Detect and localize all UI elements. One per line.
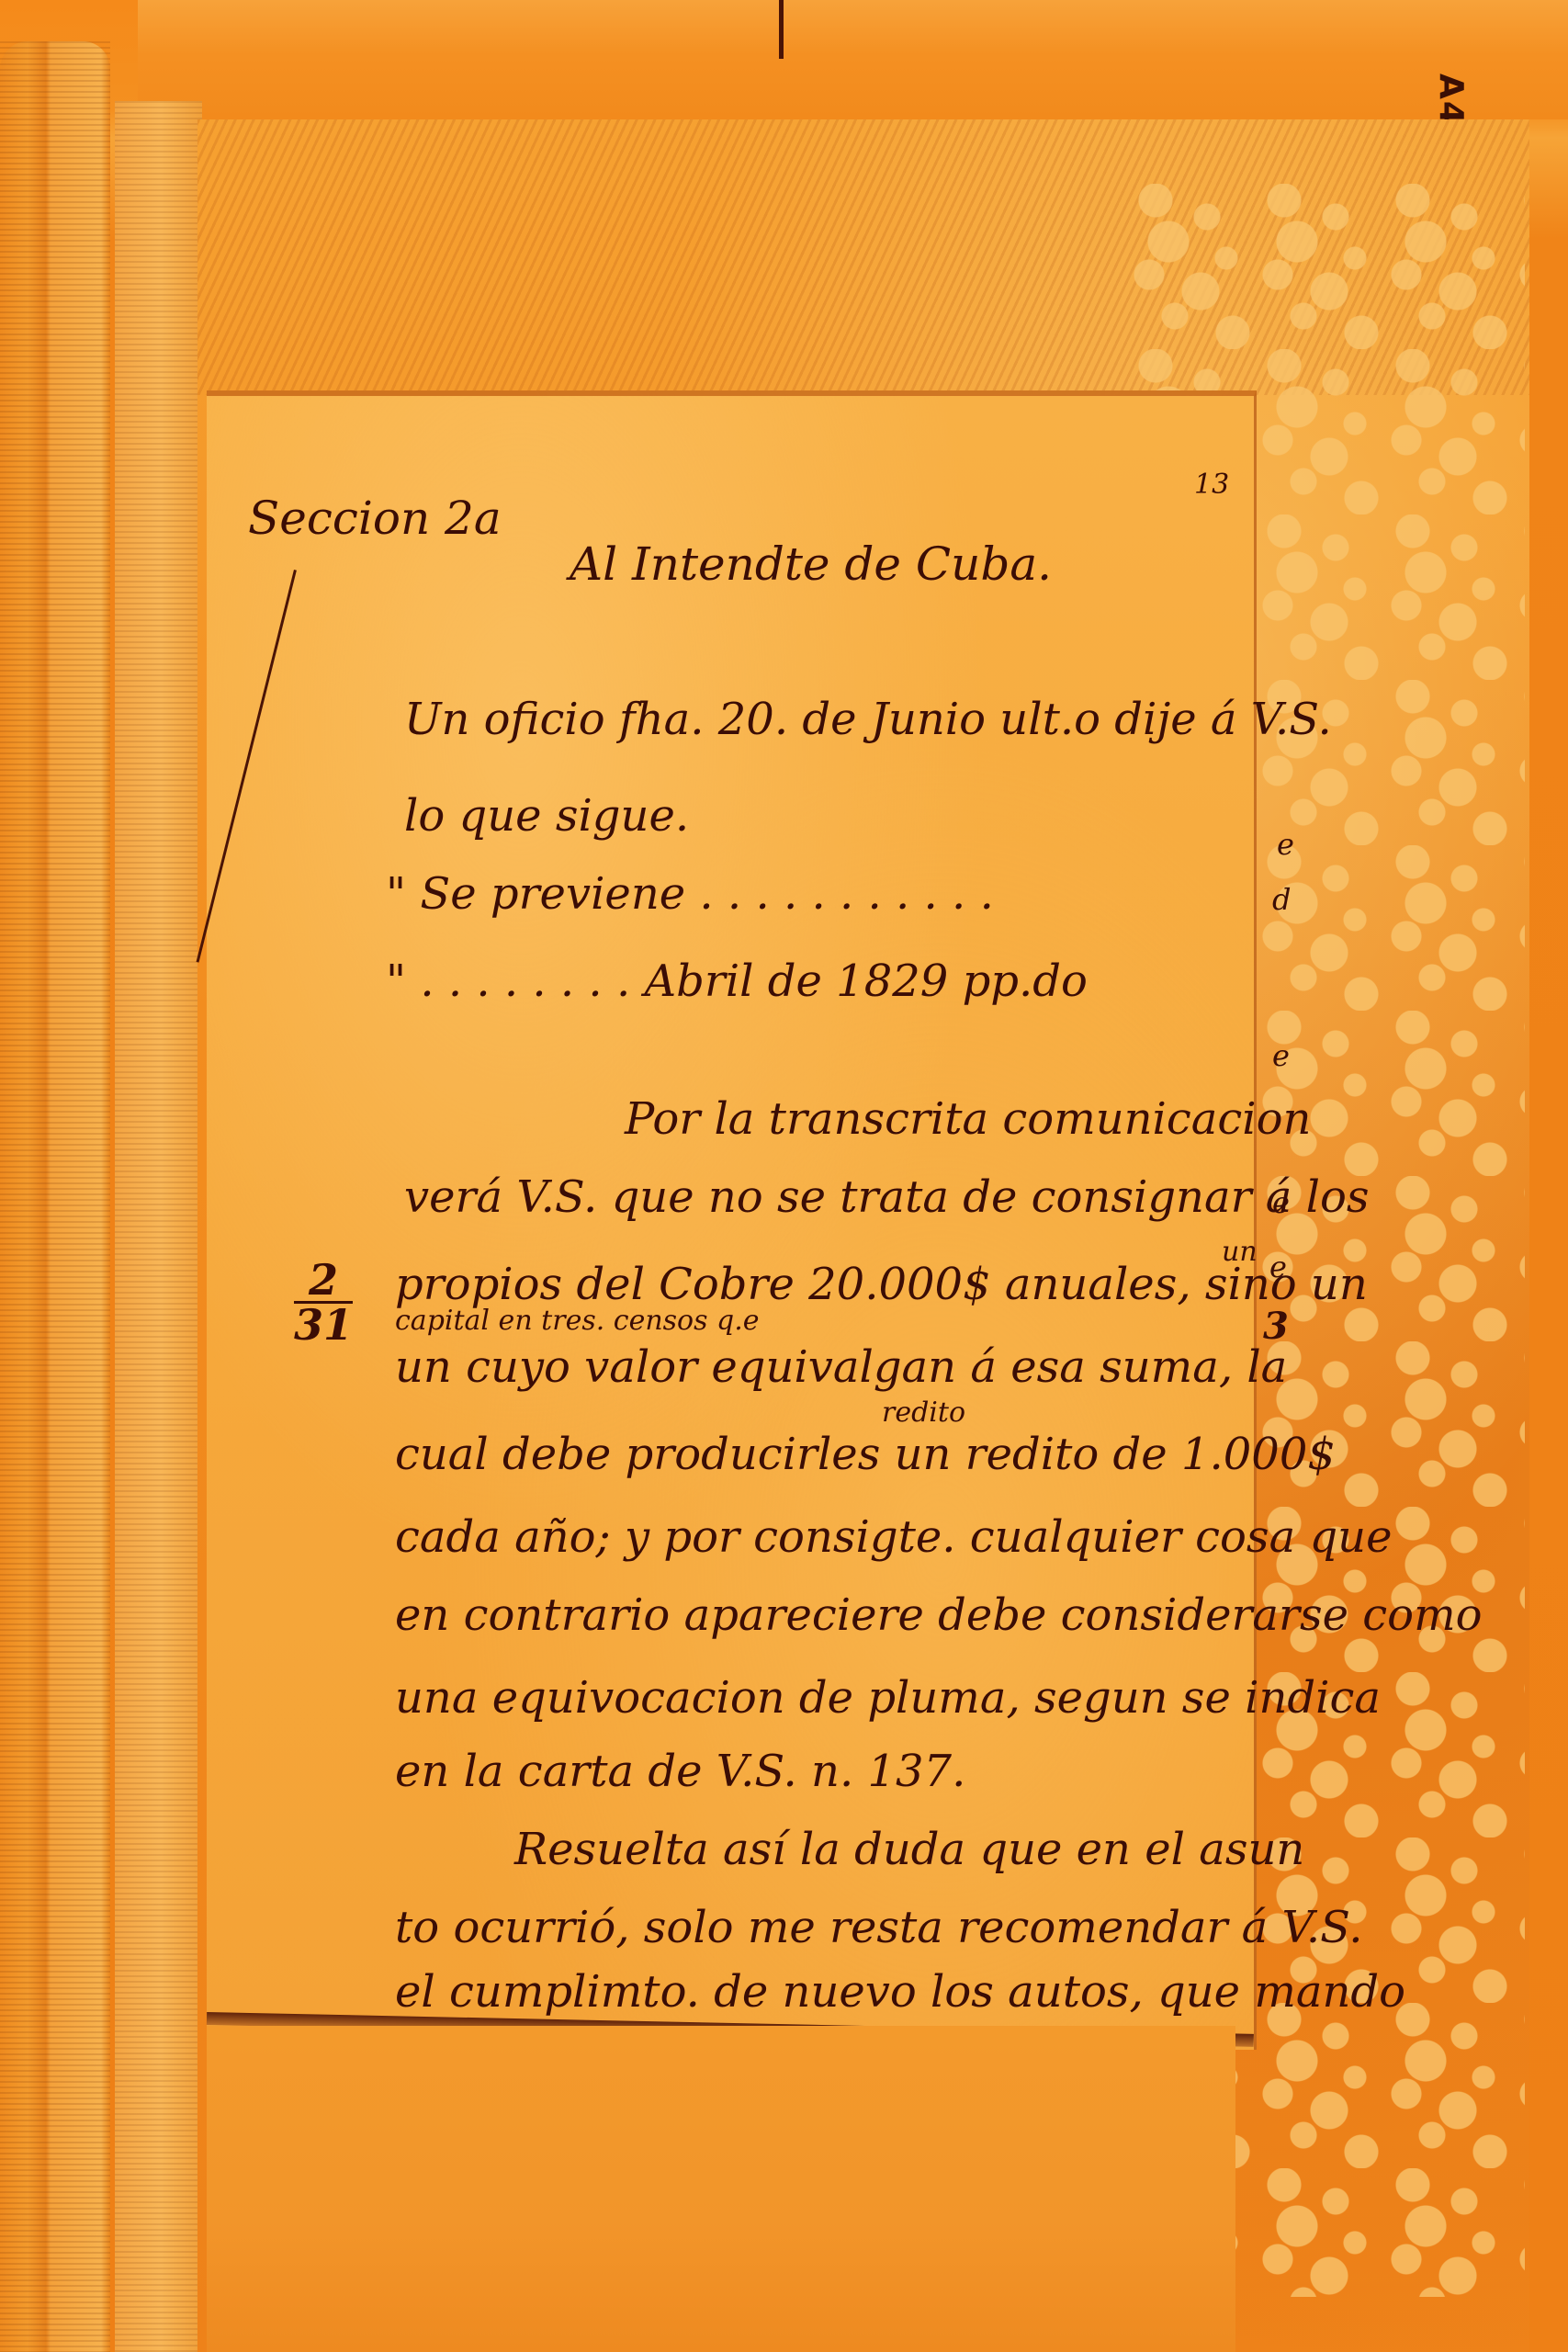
- body-line-7: cada año; y por consigte. cualquier cosa…: [395, 1511, 1392, 1563]
- right-margin-fragment: e: [1272, 1038, 1290, 1073]
- right-margin-fragment: e: [1269, 1249, 1287, 1284]
- binding-spine-right: [115, 101, 202, 2352]
- addressee: Al Intendte de Cuba.: [570, 537, 1052, 591]
- interlinear-redito: redito: [882, 1396, 965, 1429]
- page-number: 13: [1194, 469, 1229, 501]
- right-margin-fragment: e: [1272, 1185, 1290, 1220]
- body2-line-2: to ocurrió, solo me resta recomendar á V…: [395, 1902, 1363, 1953]
- right-margin-fragment: d: [1272, 882, 1291, 917]
- body-line-10: en la carta de V.S. n. 137.: [395, 1746, 965, 1797]
- margin-reference-bottom: 31: [294, 1300, 353, 1350]
- body-line-5: un cuyo valor equivalgan á esa suma, la: [395, 1341, 1287, 1393]
- lower-page-flap: [207, 2026, 1235, 2352]
- margin-reference: 2 31: [294, 1259, 353, 1346]
- folio-label: A4: [1432, 73, 1470, 126]
- body-line-9: una equivocacion de pluma, segun se indi…: [395, 1672, 1381, 1724]
- margin-reference-top: 2: [294, 1259, 353, 1304]
- body-line-3: propios del Cobre 20.000$ anuales, sino …: [395, 1259, 1368, 1310]
- quoted-line-1: Un oficio fha. 20. de Junio ult.o dije á…: [404, 694, 1332, 745]
- scanner-top-band: [138, 0, 1568, 119]
- section-heading: Seccion 2a: [248, 492, 502, 545]
- body-line-6: cual debe producirles un redito de 1.000…: [395, 1429, 1336, 1480]
- quoted-line-2: lo que sigue.: [404, 790, 689, 842]
- right-margin-fragment: e: [1277, 827, 1294, 862]
- body-line-4-interlinear: capital en tres. censos q.e: [395, 1305, 760, 1337]
- binding-spine-left: [0, 41, 110, 2352]
- alignment-tick-mark: [779, 0, 784, 59]
- quoted-line-3: " Se previene . . . . . . . . . . .: [386, 868, 994, 920]
- body-line-1: Por la transcrita comunicacion: [625, 1093, 1311, 1145]
- quoted-line-4: " . . . . . . . . Abril de 1829 pp.do: [386, 955, 1088, 1007]
- body-line-8: en contrario apareciere debe considerars…: [395, 1589, 1482, 1641]
- body2-line-1: Resuelta así la duda que en el asun: [514, 1824, 1304, 1875]
- body-line-2: verá V.S. que no se trata de consignar á…: [404, 1171, 1370, 1223]
- right-margin-fragment: 3: [1263, 1305, 1289, 1348]
- body2-line-3: el cumplimto. de nuevo los autos, que ma…: [395, 1966, 1405, 2018]
